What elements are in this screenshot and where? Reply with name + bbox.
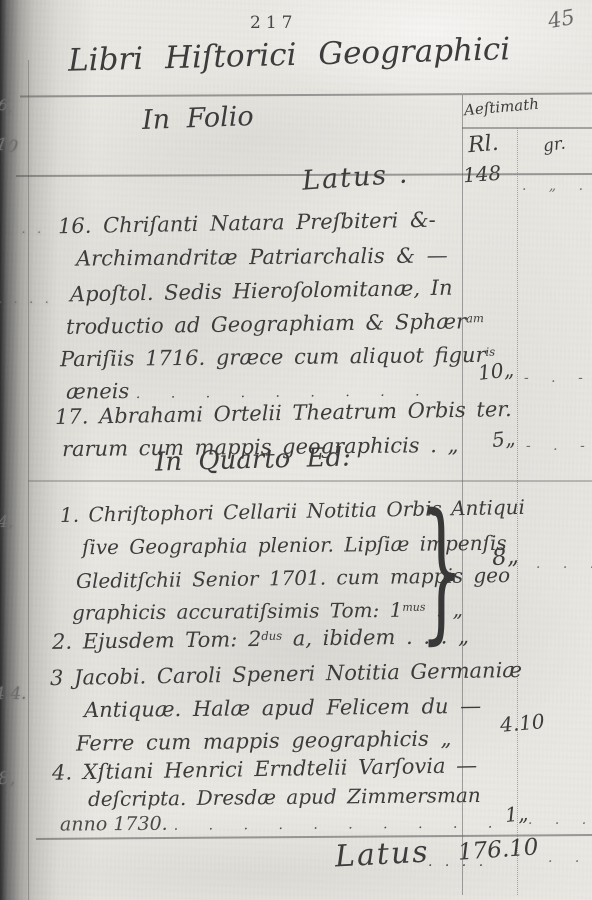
rule-under-aestimatio xyxy=(462,127,592,129)
entries-1-2-brace: } xyxy=(420,488,463,656)
margin-bleed-mark-2: 10 xyxy=(0,134,19,157)
section-heading-in-folio: In Folio xyxy=(142,102,255,136)
entries-1-2-price-rl: 8„ xyxy=(491,544,520,572)
margin-bleed-mark-7: 8, xyxy=(0,768,15,789)
superscript-am: am xyxy=(466,311,484,325)
entry-17-price-rl: 5„ xyxy=(491,427,516,451)
margin-bleed-mark-4: . . . . xyxy=(0,292,53,306)
latus-total-label: Latus xyxy=(334,836,430,874)
entry-3-line-1: 3 Jacobi. Caroli Speneri Notitia Germani… xyxy=(50,659,522,690)
entry-16-line-3: Apoſtol. Sedis Hieroſolomitanæ, In xyxy=(70,277,453,307)
margin-bleed-mark-1: 6, xyxy=(0,94,15,116)
aestimatio-column-header: Aeſtimath xyxy=(463,96,539,119)
carry-forward-value: 148 xyxy=(462,162,502,187)
section-heading-in-quarto: In Quarto Ed: xyxy=(155,443,352,477)
folio-number: 45 xyxy=(546,6,576,33)
entry-17-price-gr-dashes: - . - . - xyxy=(526,438,592,454)
reichstaler-unit-label: Rl. xyxy=(467,132,500,159)
entries-1-2-price-gr-dots: . . . xyxy=(536,556,592,572)
entry-16-price-rl: 10„ xyxy=(477,358,515,384)
entry-16-line-4: troductio ad Geographiam & Sphæram xyxy=(66,310,484,339)
entry-4-price-rl: 1„ xyxy=(504,802,529,826)
carry-forward-latus-label: Latus . xyxy=(301,159,410,196)
entry-4-line-1: 4. Xſtiani Henrici Erndtelii Varſovia — xyxy=(52,754,478,785)
entry-3-price: 4.10 xyxy=(499,710,545,736)
entry-4-line-3: anno 1730. . . . . . . . . . . xyxy=(60,811,505,835)
entry-4-leader-dots: . . . . . . . . . . xyxy=(174,815,506,833)
carry-forward-gr-dots: . „ . . xyxy=(522,178,592,194)
latus-total-value: 176.10 xyxy=(457,835,539,866)
superscript-is: is xyxy=(485,344,495,358)
manuscript-page: 217 45 Libri Hiſtorici Geographici Aeſti… xyxy=(0,0,592,900)
entry-16-line-1: 16. Chriſanti Natara Preſbiteri &- xyxy=(58,209,436,239)
margin-bleed-mark-6: 4·4. xyxy=(0,684,26,704)
page-title: Libri Hiſtorici Geographici xyxy=(68,32,511,78)
entry-1-line-4: graphicis accuratiſsimis Tom: 1mus . „ xyxy=(72,598,463,623)
entry-16-line-5: Pariſiis 1716. græce cum aliquot figuris xyxy=(60,344,495,372)
page-number: 217 xyxy=(250,14,297,33)
entry-4-line-2: deſcripta. Dresdæ apud Zimmersman xyxy=(88,784,481,810)
entry-16-price-gr-dashes: - . - . - xyxy=(524,370,592,386)
groschen-unit-label: gr. xyxy=(542,135,567,157)
entry-16-line-2: Archimandritæ Patriarchalis & — xyxy=(76,244,448,270)
entry-2-line-1: 2. Ejusdem Tom: 2dus a, ibidem . . . „ xyxy=(52,625,469,654)
entry-4-price-gr-dots: . . . . . xyxy=(528,812,592,828)
margin-bleed-mark-5: 4, xyxy=(0,512,13,531)
margin-bleed-mark-3: . . . xyxy=(6,222,45,236)
rule-under-quarto-heading xyxy=(28,480,592,482)
superscript-dus: dus xyxy=(261,628,282,642)
latus-total-trailing-dots: . . . xyxy=(548,850,592,866)
entry-3-line-2: Antiquæ. Halæ apud Felicem du — xyxy=(84,695,481,722)
entry-3-line-3: Ferre cum mappis geographicis „ xyxy=(76,727,452,755)
